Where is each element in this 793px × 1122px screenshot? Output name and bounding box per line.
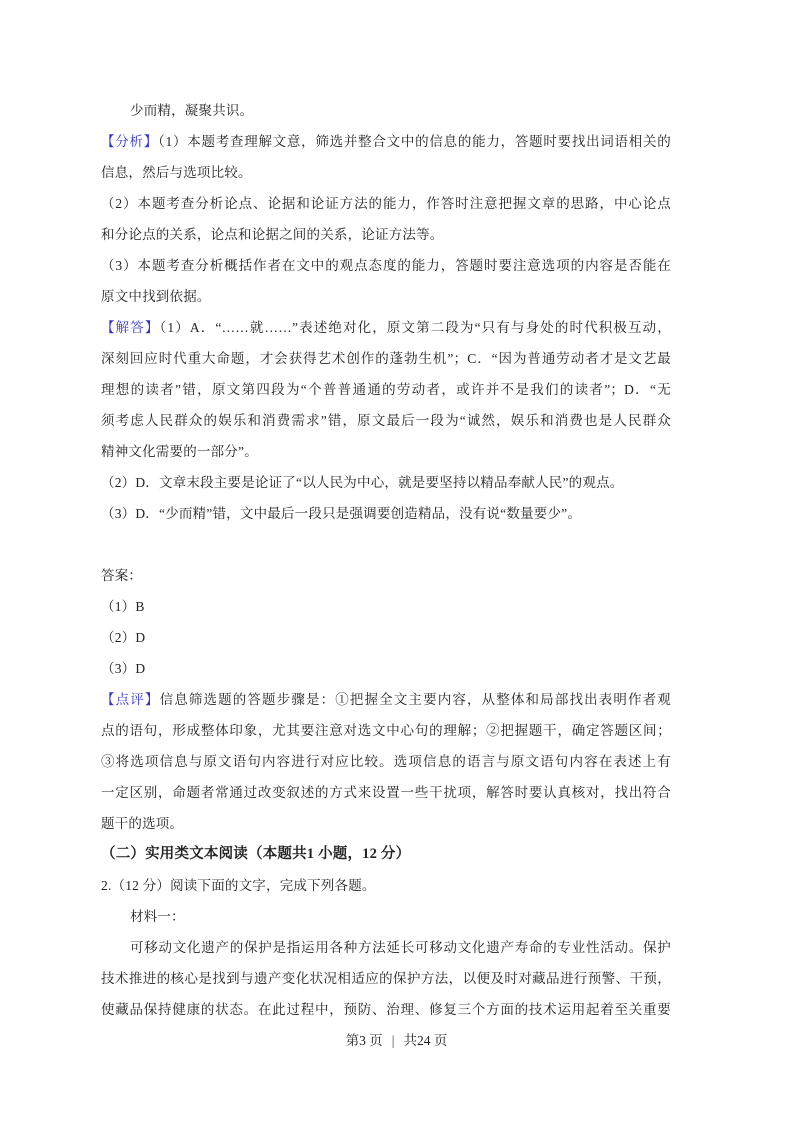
blank-line [101, 529, 671, 560]
line-text: 点的语句，形成整体印象，尤其要注意对选文中心句的理解；②把握题干，确定答题区间； [101, 723, 671, 738]
line-text: 信息筛选题的答题步骤是：①把握全文主要内容，从整体和局部找出表明作者观 [160, 692, 671, 707]
line-text: 一定区别，命题者常通过改变叙述的方式来设置一些干扰项，解答时要认真核对，找出符合 [101, 785, 671, 800]
material-heading: 材料一： [101, 901, 671, 932]
page-body-text: 少而精，凝聚共识。 【分析】（1）本题考查理解文意，筛选并整合文中的信息的能力，… [101, 95, 671, 1025]
doc-line: 和分论点的关系，论点和论据之间的关系，论证方法等。 [101, 219, 671, 250]
answers-heading: 答案： [101, 560, 671, 591]
question-intro: 2.（12 分）阅读下面的文字，完成下列各题。 [101, 870, 671, 901]
line-text: （1）本题考查理解文意，筛选并整合文中的信息的能力，答题时要找出词语相关的 [158, 134, 671, 149]
line-text: 少而精，凝聚共识。 [130, 103, 253, 118]
line-text: 和分论点的关系，论点和论据之间的关系，论证方法等。 [101, 227, 444, 242]
line-text: 2.（12 分）阅读下面的文字，完成下列各题。 [101, 878, 376, 893]
doc-line: 点的语句，形成整体印象，尤其要注意对选文中心句的理解；②把握题干，确定答题区间； [101, 715, 671, 746]
line-text: 须考虑人民群众的娱乐和消费需求”错，原文最后一段为“诚然，娱乐和消费也是人民群众 [101, 413, 671, 428]
document-page: 少而精，凝聚共识。 【分析】（1）本题考查理解文意，筛选并整合文中的信息的能力，… [0, 0, 793, 1122]
analysis-paragraph-line: 【分析】（1）本题考查理解文意，筛选并整合文中的信息的能力，答题时要找出词语相关… [101, 126, 671, 157]
line-text: （1）A．“……就……”表述绝对化，原文第二段为“只有与身处的时代积极互动， [160, 320, 671, 335]
line-text: （3）D．“少而精”错，文中最后一段只是强调要创造精品，没有说“数量要少”。 [101, 506, 581, 521]
line-text: （1）B [101, 599, 145, 614]
doc-line: 信息，然后与选项比较。 [101, 157, 671, 188]
solution-label: 【解答】 [101, 320, 160, 335]
doc-line: （2）D．文章末段主要是论证了“以人民为中心，就是要坚持以精品奉献人民”的观点。 [101, 467, 671, 498]
line-text: 答案： [101, 568, 142, 583]
doc-line: （3）D．“少而精”错，文中最后一段只是强调要创造精品，没有说“数量要少”。 [101, 498, 671, 529]
line-text: 信息，然后与选项比较。 [101, 165, 252, 180]
doc-line: （3）本题考查分析概括作者在文中的观点态度的能力，答题时要注意选项的内容是否能在 [101, 250, 671, 281]
comment-label: 【点评】 [101, 692, 160, 707]
doc-line: 须考虑人民群众的娱乐和消费需求”错，原文最后一段为“诚然，娱乐和消费也是人民群众 [101, 405, 671, 436]
doc-line: ③将选项信息与原文语句内容进行对应比较。选项信息的语言与原文语句内容在表述上有 [101, 746, 671, 777]
section-heading: （二）实用类文本阅读（本题共1 小题，12 分） [101, 839, 671, 870]
line-text: 题干的选项。 [101, 816, 183, 831]
doc-line: 精神文化需要的一部分”。 [101, 436, 671, 467]
answer-item: （3）D [101, 653, 671, 684]
answer-item: （2）D [101, 622, 671, 653]
page-total: 共24 页 [403, 1033, 447, 1048]
comment-paragraph-line: 【点评】信息筛选题的答题步骤是：①把握全文主要内容，从整体和局部找出表明作者观 [101, 684, 671, 715]
footer-separator: | [392, 1025, 395, 1056]
line-text: （3）D [101, 661, 145, 676]
line-text: （2）D [101, 630, 145, 645]
line-text: 精神文化需要的一部分”。 [101, 444, 258, 459]
line-text: 可移动文化遗产的保护是指运用各种方法延长可移动文化遗产寿命的专业性活动。保护 [130, 940, 671, 955]
line-text: 理想的读者”错，原文第四段为“个普普通通的劳动者，或许并不是我们的读者”；D．“… [101, 382, 671, 397]
doc-line: 深刻回应时代重大命题，才会获得艺术创作的蓬勃生机”；C．“因为普通劳动者才是文艺… [101, 343, 671, 374]
doc-line: 技术推进的核心是找到与遗产变化状况相适应的保护方法，以便及时对藏品进行预警、干预… [101, 963, 671, 994]
line-text: 使藏品保持健康的状态。在此过程中，预防、治理、修复三个方面的技术运用起着至关重要 [101, 1002, 671, 1017]
solution-paragraph-line: 【解答】（1）A．“……就……”表述绝对化，原文第二段为“只有与身处的时代积极互… [101, 312, 671, 343]
page-number: 第3 页 [346, 1033, 383, 1048]
line-text: ③将选项信息与原文语句内容进行对应比较。选项信息的语言与原文语句内容在表述上有 [101, 754, 671, 769]
page-footer: 第3 页|共24 页 [0, 1025, 793, 1056]
answer-item: （1）B [101, 591, 671, 622]
line-text: 技术推进的核心是找到与遗产变化状况相适应的保护方法，以便及时对藏品进行预警、干预… [101, 971, 671, 986]
line-text: 原文中找到依据。 [101, 289, 211, 304]
analysis-label: 【分析】 [101, 134, 158, 149]
doc-line: 可移动文化遗产的保护是指运用各种方法延长可移动文化遗产寿命的专业性活动。保护 [101, 932, 671, 963]
doc-line: 题干的选项。 [101, 808, 671, 839]
line-text: 深刻回应时代重大命题，才会获得艺术创作的蓬勃生机”；C．“因为普通劳动者才是文艺… [101, 351, 671, 366]
doc-line: 使藏品保持健康的状态。在此过程中，预防、治理、修复三个方面的技术运用起着至关重要 [101, 994, 671, 1025]
line-text: 材料一： [130, 909, 185, 924]
doc-line: 理想的读者”错，原文第四段为“个普普通通的劳动者，或许并不是我们的读者”；D．“… [101, 374, 671, 405]
doc-line: 少而精，凝聚共识。 [101, 95, 671, 126]
line-text: （2）D．文章末段主要是论证了“以人民为中心，就是要坚持以精品奉献人民”的观点。 [101, 475, 623, 490]
line-text: （2）本题考查分析论点、论据和论证方法的能力，作答时注意把握文章的思路，中心论点 [101, 196, 671, 211]
line-text: （二）实用类文本阅读（本题共1 小题，12 分） [101, 846, 410, 862]
line-text: （3）本题考查分析概括作者在文中的观点态度的能力，答题时要注意选项的内容是否能在 [101, 258, 671, 273]
doc-line: 原文中找到依据。 [101, 281, 671, 312]
doc-line: （2）本题考查分析论点、论据和论证方法的能力，作答时注意把握文章的思路，中心论点 [101, 188, 671, 219]
doc-line: 一定区别，命题者常通过改变叙述的方式来设置一些干扰项，解答时要认真核对，找出符合 [101, 777, 671, 808]
